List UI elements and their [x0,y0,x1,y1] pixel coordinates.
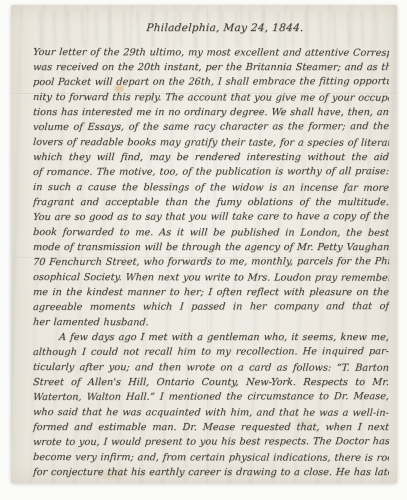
letter-line: become very infirm; and, from certain ph… [32,450,389,466]
letter-line: although I could not recall him to my re… [32,344,389,360]
letter-line: formed and estimable man. Dr. Mease requ… [32,420,389,435]
letter-paper: Philadelphia, May 24, 1844. Your letter … [11,5,397,483]
letter-line: of romance. The motive, too, of the publ… [32,164,389,180]
letter-line: in such a cause the blessings of the wid… [32,180,389,196]
letter-line: me in the kindest manner to her; I often… [32,285,389,300]
letter-line: nity to forward this reply. The account … [32,90,389,106]
letter-line: 70 Fenchurch Street, who forwards to me,… [32,254,389,270]
letter-body: Your letter of the 29th ultimo, my most … [33,45,389,480]
letter-line: A few days ago I met with a gentleman wh… [32,330,389,345]
letter-line: pool Packet will depart on the 26th, I s… [32,74,389,90]
letter-line: Your letter of the 29th ultimo, my most … [32,45,389,61]
letter-line: was received on the 20th instant, per th… [32,60,389,75]
letter-line: agreeable moments which I passed in her … [32,299,389,315]
letter-line: who said that he was acquainted with him… [32,405,389,421]
letter-line: wrote to you, I would present to you his… [32,434,389,450]
letter-line: ticularly after you; and then wrote on a… [32,360,389,376]
letter-line: fragrant and acceptable than the fumy ob… [32,195,389,210]
letter-line: lovers of readable books may gratify the… [32,135,389,151]
scan-background: { "colors":{ "background":"#fbfbf9", "pa… [0,0,407,500]
letter-line: volume of Essays, of the same racy chara… [32,119,389,135]
letter-line: Waterton, Walton Hall.” I mentioned the … [32,389,389,405]
letter-line: You are so good as to say that you will … [32,209,389,225]
letter-line: for conjecture that his earthly career i… [32,465,389,480]
letter-line: which they will find, may be rendered in… [32,150,389,165]
letter-line: her lamented husband. [32,315,389,331]
letter-line: tions has interested me in no ordinary d… [32,105,389,120]
letter-line: mode of transmission will be through the… [32,240,389,255]
letter-line: osophical Society. When next you write t… [32,270,389,286]
letter-line: book forwarded to me. As it will be publ… [32,225,389,241]
letter-dateline: Philadelphia, May 24, 1844. [11,22,398,34]
letter-line: Street of Allen's Hill, Ontario County, … [32,375,389,390]
